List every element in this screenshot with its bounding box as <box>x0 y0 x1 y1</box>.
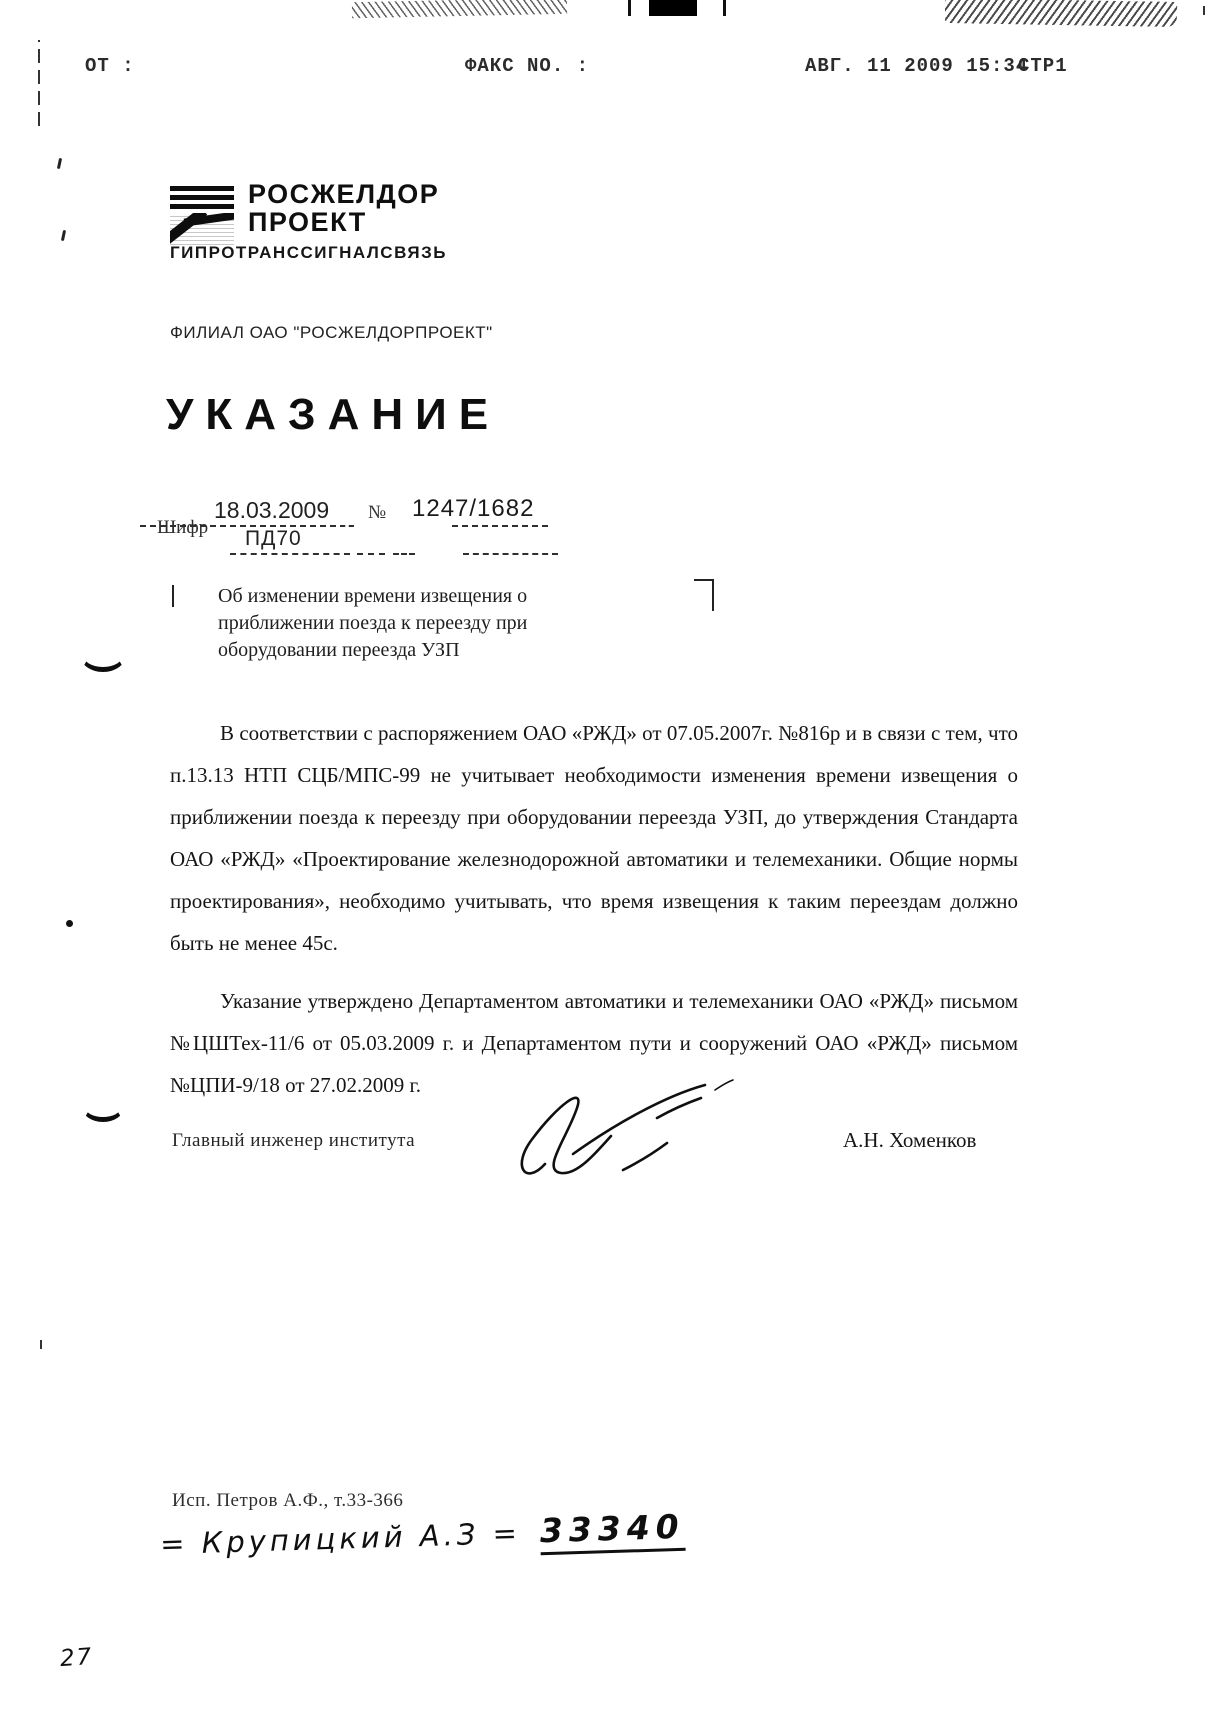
document-number: 1247/1682 <box>412 495 534 523</box>
cipher-underline-fragment <box>357 553 385 555</box>
scan-artifact-black-block <box>628 0 726 16</box>
handwritten-note-number: 33340 <box>539 1507 685 1556</box>
number-sign-label: № <box>368 502 386 524</box>
fax-number-label: ФАКС NO. : <box>465 55 589 77</box>
executor-line: Исп. Петров А.Ф., т.33-366 <box>172 1490 403 1512</box>
fax-page-indicator: СТР1 <box>1018 55 1068 77</box>
cipher-label: Шифр <box>157 517 208 539</box>
scan-artifact-speck <box>1203 6 1205 15</box>
document-title: УКАЗАНИЕ <box>166 390 500 440</box>
cipher-value: ПД70 <box>245 527 302 551</box>
branch-name: ФИЛИАЛ ОАО "РОСЖЕЛДОРПРОЕКТ" <box>170 323 493 343</box>
company-name-line2: ПРОЕКТ <box>248 208 439 236</box>
scan-artifact-tick <box>57 158 62 169</box>
handwritten-note: = Крупицкий А.З = 33340 <box>160 1507 686 1562</box>
scan-artifact-curve-mark <box>80 638 126 672</box>
cipher-underline-fragment <box>463 553 558 555</box>
institute-name: ГИПРОТРАНССИГНАЛСВЯЗЬ <box>170 243 447 263</box>
company-name-line1: РОСЖЕЛДОР <box>248 180 439 208</box>
logo-railway-shape <box>170 213 234 245</box>
scan-artifact-curve-mark <box>82 1092 124 1122</box>
subject-line: приближении поезда к переезду при <box>218 610 588 637</box>
document-subject: Об изменении времени извещения о приближ… <box>218 583 588 664</box>
body-paragraph: В соответствии с распоряжением ОАО «РЖД»… <box>170 712 1018 964</box>
cipher-underline <box>230 553 350 555</box>
subject-line: оборудовании переезда УЗП <box>218 637 588 664</box>
scan-artifact-smudge-right <box>945 0 1177 27</box>
handwritten-note-text: = Крупицкий А.З = <box>160 1516 522 1561</box>
subject-corner-bracket <box>694 579 714 611</box>
handwritten-signature <box>505 1072 740 1202</box>
roszheldorproject-logo-icon <box>170 186 234 244</box>
fax-from-label: ОТ : <box>85 55 135 77</box>
document-body: В соответствии с распоряжением ОАО «РЖД»… <box>170 712 1018 1106</box>
company-name: РОСЖЕЛДОР ПРОЕКТ <box>248 180 439 236</box>
subject-line: Об изменении времени извещения о <box>218 583 588 610</box>
logo-stripe <box>170 204 234 209</box>
scanned-fax-page: ОТ : ФАКС NO. : АВГ. 11 2009 15:34 СТР1 … <box>0 0 1220 1727</box>
signer-name: А.Н. Хоменков <box>843 1128 976 1153</box>
handwritten-page-number: 27 <box>59 1644 94 1672</box>
date-underline-fragment <box>340 525 354 527</box>
logo-railway-band <box>170 213 207 245</box>
logo-stripe <box>170 195 234 200</box>
scan-artifact-smudge-left <box>352 0 567 18</box>
logo-stripe <box>170 186 234 191</box>
scan-artifact-dot <box>66 920 73 927</box>
scan-artifact-speck <box>40 1340 42 1349</box>
subject-left-tick <box>172 585 174 607</box>
cipher-underline-fragment <box>393 553 415 555</box>
scan-artifact-black-fill <box>649 0 697 16</box>
fax-datetime: АВГ. 11 2009 15:34 <box>805 55 1028 77</box>
document-date: 18.03.2009 <box>214 497 329 524</box>
scan-artifact-margin-line <box>38 40 40 126</box>
number-underline <box>452 525 548 527</box>
scan-artifact-tick <box>61 230 66 241</box>
signer-position: Главный инженер института <box>172 1130 415 1152</box>
